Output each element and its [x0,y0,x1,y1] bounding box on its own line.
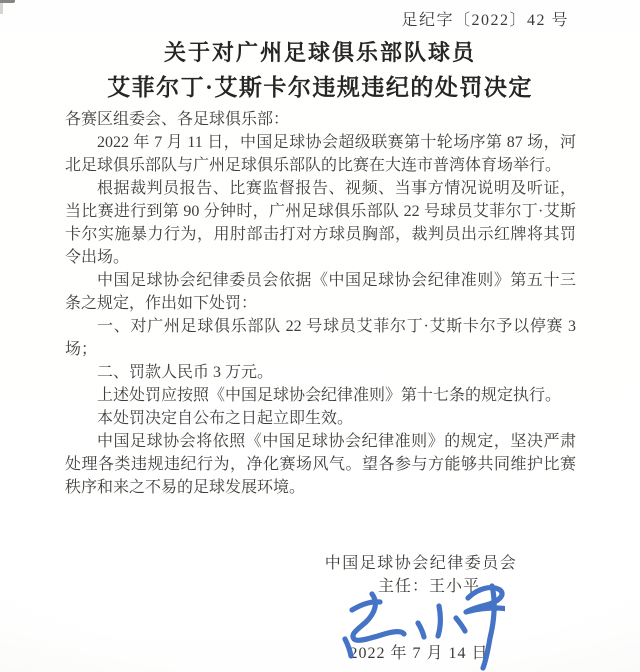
paragraph-penalty-1: 一、对广州足球俱乐部队 22 号球员艾菲尔丁·艾斯卡尔予以停赛 3 场； [65,315,576,361]
title-line-2: 艾菲尔丁·艾斯卡尔违规违纪的处罚决定 [0,70,640,106]
doc-number: 足纪字〔2022〕42 号 [401,7,569,30]
signature-icon [340,582,505,672]
paragraph-effective: 本处罚决定自公布之日起立即生效。 [65,407,576,430]
paragraph-match-info: 2022 年 7 月 11 日，中国足球协会超级联赛第十轮场序第 87 场，河北… [65,131,576,177]
document-page: 足纪字〔2022〕42 号 关于对广州足球俱乐部队球员 艾菲尔丁·艾斯卡尔违规违… [0,0,640,672]
signoff-organization: 中国足球协会纪律委员会 [325,550,518,573]
document-title: 关于对广州足球俱乐部队球员 艾菲尔丁·艾斯卡尔违规违纪的处罚决定 [0,36,640,106]
salutation: 各赛区组委会、各足球俱乐部： [65,108,576,131]
paragraph-closing: 中国足球协会将依照《中国足球协会纪律准则》的规定，坚决严肃处理各类违规违纪行为，… [65,430,576,499]
title-line-1: 关于对广州足球俱乐部队球员 [0,36,640,70]
paragraph-penalty-2: 二、罚款人民币 3 万元。 [65,361,576,384]
paragraph-execution: 上述处罚应按照《中国足球协会纪律准则》第十七条的规定执行。 [65,384,576,407]
document-body: 各赛区组委会、各足球俱乐部： 2022 年 7 月 11 日，中国足球协会超级联… [65,108,576,499]
handwritten-signature [340,582,505,672]
paragraph-incident: 根据裁判员报告、比赛监督报告、视频、当事方情况说明及听证，当比赛进行到第 90 … [65,177,576,269]
scan-artifact [0,3,3,14]
paragraph-basis: 中国足球协会纪律委员会依据《中国足球协会纪律准则》第五十三条之规定，作出如下处罚… [65,269,576,315]
